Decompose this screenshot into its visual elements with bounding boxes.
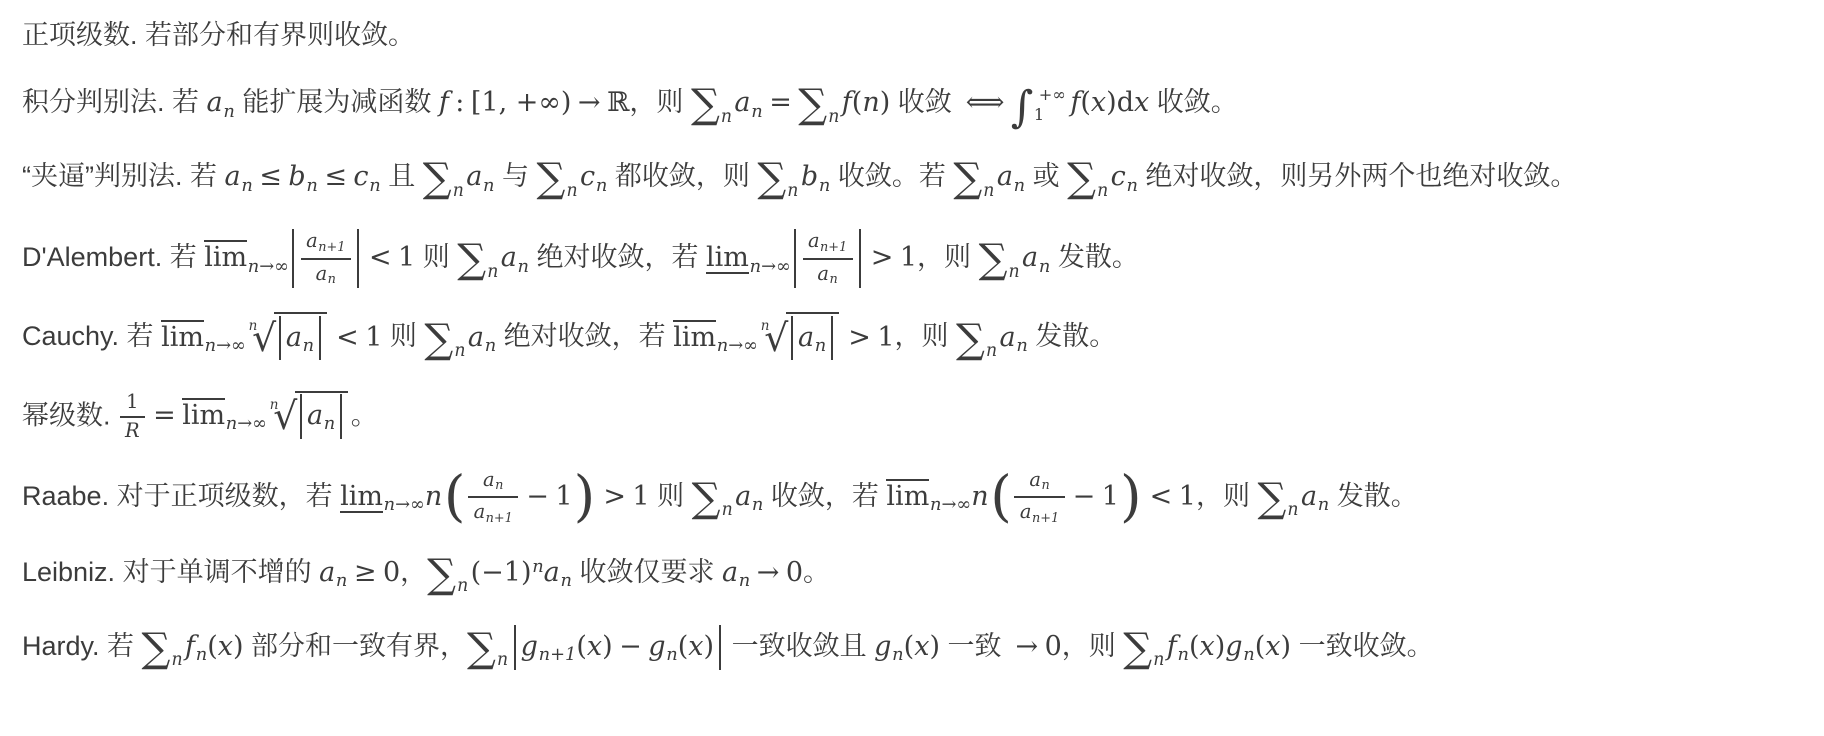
- text-run: Leibniz. 对于单调不增的: [22, 557, 319, 587]
- msub-part: n: [223, 101, 234, 122]
- summation-symbol: ∑n: [142, 631, 185, 662]
- text-run: 幂级数.: [22, 400, 118, 430]
- radicand: an: [295, 391, 348, 439]
- fraction-denominator: an: [301, 260, 351, 288]
- sumsub-part: n: [487, 262, 498, 282]
- right-paren: ): [574, 470, 596, 525]
- msum-part: ∑: [467, 623, 496, 671]
- msum-part: ∑: [691, 80, 720, 128]
- text-run: 发散。: [1329, 481, 1418, 511]
- fraction-denominator: an+1: [468, 498, 518, 526]
- math-expression: gn(x): [874, 631, 940, 662]
- msub-part: n: [829, 272, 837, 287]
- text-run: ，则: [917, 242, 979, 272]
- msub-part: n: [241, 175, 252, 196]
- math-operator: −: [526, 481, 549, 512]
- msum-part: ∑: [798, 80, 827, 128]
- summation-symbol: ∑n: [537, 161, 580, 192]
- math-roman: ): [880, 87, 891, 118]
- math-expression: an≥0: [319, 557, 400, 588]
- sumsub-part: n: [787, 181, 798, 201]
- text-run: 或: [1025, 161, 1067, 191]
- math-roman: 0: [383, 557, 400, 588]
- math-roman: ℝ: [607, 87, 629, 118]
- paragraph-leibniz-test: Leibniz. 对于单调不增的 an≥0，∑n(−1)nan 收敛仅要求 an…: [22, 551, 1800, 601]
- math-variable-subscripted: an: [468, 322, 496, 353]
- math-variable-subscripted: gn: [874, 631, 903, 662]
- mlim-part: lim: [182, 398, 225, 429]
- absolute-value: an: [279, 316, 321, 361]
- text-run: 收敛仅要求: [572, 557, 722, 587]
- math-operator: <: [336, 322, 359, 353]
- math-variable-subscripted: bn: [801, 161, 830, 192]
- summation-symbol: ∑n: [424, 322, 467, 353]
- msub-part: n: [751, 101, 762, 122]
- fraction: 1R: [120, 390, 146, 444]
- right-paren: ): [1120, 470, 1142, 525]
- paragraph-power-series: 幂级数. 1R=limn→∞n√an。: [22, 390, 1800, 444]
- msum-part: ∑: [757, 154, 786, 202]
- math-roman: 1: [900, 242, 917, 273]
- inner-part: gn+1(x)−gn(x): [521, 625, 714, 670]
- math-variable-subscripted: an: [316, 262, 336, 285]
- math-variable-subscripted: cn: [353, 161, 380, 192]
- msum-part: ∑: [953, 154, 982, 202]
- summation-symbol: ∑n: [1067, 161, 1110, 192]
- msub-part: n: [892, 644, 903, 665]
- math-variable: x: [1091, 87, 1106, 118]
- mi-part: a: [544, 557, 560, 588]
- summation-symbol: ∑n: [457, 242, 500, 273]
- math-roman: (: [904, 631, 915, 662]
- math-expression: ∑nbn: [757, 161, 830, 192]
- mi-part: a: [798, 322, 814, 353]
- text-run: 一致: [940, 631, 1009, 661]
- math-variable: x: [1265, 631, 1280, 662]
- absolute-value: gn+1(x)−gn(x): [514, 625, 721, 670]
- mlim-part: lim: [340, 483, 383, 513]
- math-roman: ): [233, 631, 244, 662]
- math-operator: →: [1015, 631, 1038, 662]
- mi-part: f: [1167, 631, 1177, 662]
- liminf-symbol: limn→∞: [340, 481, 425, 512]
- summation-symbol: ∑n: [467, 631, 510, 662]
- math-expression: ∑ncn: [537, 161, 608, 192]
- inner-part: an+1an: [299, 229, 352, 288]
- msub-part: n: [369, 175, 380, 196]
- limsup-symbol: limn→∞: [182, 400, 267, 431]
- mi-part: a: [997, 161, 1013, 192]
- text-run: ，: [400, 557, 427, 587]
- math-operator: ⟺: [966, 87, 1005, 118]
- mi-part: a: [483, 468, 495, 491]
- summation-symbol: ∑n: [1257, 481, 1300, 512]
- math-expression: f:[1, +∞)→ℝ: [439, 87, 630, 118]
- msub-part: n+1: [318, 240, 345, 255]
- msub-part: n: [1177, 644, 1188, 665]
- msub-part: n: [752, 494, 763, 515]
- mi-part: a: [319, 557, 335, 588]
- math-variable-subscripted: an: [734, 87, 762, 118]
- math-variable-subscripted: fn: [185, 631, 207, 662]
- mi-part: a: [817, 262, 829, 285]
- fraction: an+1an: [301, 229, 351, 288]
- msub-part: n: [596, 175, 607, 196]
- text-run: Cauchy. 若: [22, 322, 161, 352]
- math-expression: limn→∞n√an>1: [673, 322, 894, 353]
- mi-part: a: [466, 161, 482, 192]
- math-variable-subscripted: fn: [1167, 631, 1189, 662]
- math-variable-subscripted: an: [817, 262, 837, 285]
- text-run: 发散。: [1028, 322, 1117, 352]
- math-variable: f: [842, 87, 852, 118]
- math-variable: f: [1070, 87, 1080, 118]
- root-index: n: [249, 318, 258, 334]
- math-operator: >: [871, 242, 894, 273]
- msub-part: n→∞: [248, 256, 289, 277]
- math-variable-subscripted: an: [207, 87, 235, 118]
- sumsub-part: n: [171, 650, 182, 670]
- absolute-value: an+1an: [794, 229, 861, 288]
- root-index: n: [270, 397, 279, 413]
- inner-part: an: [286, 316, 314, 361]
- text-run: 。: [803, 557, 830, 587]
- math-expression: ∑ncn: [1067, 161, 1138, 192]
- math-roman: (: [678, 631, 689, 662]
- msum-part: ∑: [423, 154, 452, 202]
- mi-part: g: [1225, 631, 1242, 662]
- mlim-part: lim: [204, 240, 247, 271]
- mi-part: a: [286, 322, 302, 353]
- summation-symbol: ∑n: [953, 161, 996, 192]
- math-expression: ∑n(−1)nan: [427, 557, 572, 588]
- math-roman: 1: [1102, 481, 1119, 512]
- text-run: ，则: [1196, 481, 1258, 511]
- msub-part: n: [196, 644, 207, 665]
- inner-part: an: [307, 394, 335, 439]
- sumsub-part: n: [1097, 181, 1108, 201]
- msup-part: n: [532, 556, 543, 577]
- math-expression: ∑nfn(x)gn(x): [1123, 631, 1291, 662]
- math-expression: an≤bn≤cn: [225, 161, 381, 192]
- summation-symbol: ∑n: [692, 481, 735, 512]
- msub-part: n: [815, 335, 826, 356]
- math-expression: limn→∞n√an<1: [161, 322, 382, 353]
- math-variable-subscripted: an: [722, 557, 750, 588]
- msum-part: ∑: [1257, 473, 1286, 521]
- mlim-part: lim: [161, 320, 204, 351]
- fraction-denominator: R: [120, 418, 146, 444]
- math-roman: 0: [1045, 631, 1062, 662]
- msum-part: ∑: [956, 314, 985, 362]
- mi-part: b: [801, 161, 818, 192]
- math-variable: x: [587, 631, 602, 662]
- math-operator: →: [757, 557, 780, 588]
- sumsub-part: n: [1153, 650, 1164, 670]
- mi-part: a: [1000, 322, 1016, 353]
- math-roman: [1, +∞): [471, 87, 572, 118]
- mi-part: a: [501, 242, 517, 273]
- fraction-numerator: an+1: [803, 229, 853, 260]
- math-operator: ≥: [354, 557, 377, 588]
- msub-part: n: [306, 175, 317, 196]
- inner-part: anan+1−1: [1013, 468, 1119, 527]
- math-roman: d: [1117, 87, 1134, 118]
- notes-document: 正项级数. 若部分和有界则收敛。积分判别法. 若 an 能扩展为减函数 f:[1…: [0, 0, 1824, 675]
- mlim-part: lim: [706, 244, 749, 274]
- fraction-numerator: an: [1014, 468, 1064, 499]
- mlim-part: lim: [886, 479, 929, 510]
- math-roman: ): [602, 631, 613, 662]
- mi-part: g: [874, 631, 891, 662]
- msub-part: n+1: [820, 240, 847, 255]
- text-run: D'Alembert. 若: [22, 242, 204, 272]
- parenthesized-group: (anan+1−1): [444, 468, 595, 527]
- nth-root: n√an: [761, 312, 839, 360]
- math-notes-page: { "page": { "background": "#ffffff", "te…: [0, 0, 1824, 736]
- math-variable-subscripted: an+1: [808, 229, 847, 252]
- limsup-symbol: limn→∞: [204, 242, 289, 273]
- math-variable-subscripted: gn: [1225, 631, 1254, 662]
- msub-part: n→∞: [930, 494, 971, 515]
- math-variable: f: [439, 87, 449, 118]
- nth-root: n√an: [270, 391, 348, 439]
- math-expression: limn→∞n(anan+1−1)>1: [340, 481, 650, 512]
- math-variable-subscripted: an: [466, 161, 494, 192]
- math-variable-subscripted: bn: [288, 161, 317, 192]
- text-run: 部分和一致有界，: [244, 631, 468, 661]
- math-roman: 1: [877, 322, 894, 353]
- math-expression: ∑ngn+1(x)−gn(x): [467, 631, 724, 662]
- text-run: 绝对收敛，则另外两个也绝对收敛。: [1138, 161, 1578, 191]
- math-roman: ): [704, 631, 715, 662]
- math-roman: ): [929, 631, 940, 662]
- math-roman: 1: [555, 481, 572, 512]
- fraction-denominator: an+1: [1014, 498, 1064, 526]
- msub-part: n→∞: [717, 335, 758, 356]
- limsup-symbol: limn→∞: [673, 322, 758, 353]
- math-variable-subscripted: cn: [1111, 161, 1138, 192]
- text-run: 绝对收敛，若: [496, 322, 673, 352]
- isub-part: 1: [1034, 105, 1066, 125]
- mi-part: a: [734, 87, 750, 118]
- text-run: 收敛。: [1149, 87, 1238, 117]
- fraction-denominator: an: [803, 260, 853, 288]
- math-variable-subscripted: cn: [580, 161, 607, 192]
- msub-part: n: [1318, 494, 1329, 515]
- paragraph-dalembert-test: D'Alembert. 若 limn→∞an+1an<1 则 ∑nan 绝对收敛…: [22, 229, 1800, 288]
- math-expression: →0: [1009, 631, 1062, 662]
- summation-symbol: ∑n: [979, 242, 1022, 273]
- math-expression: ∑nan=∑nf(n): [691, 87, 890, 118]
- math-operator: :: [455, 87, 464, 118]
- math-roman: ): [1215, 631, 1226, 662]
- mi-part: a: [1029, 468, 1041, 491]
- absolute-value: an: [791, 316, 833, 361]
- math-roman: 1: [365, 322, 382, 353]
- mi-part: g: [648, 631, 665, 662]
- math-roman: (: [207, 631, 218, 662]
- math-roman: 1: [1179, 481, 1196, 512]
- math-operator: >: [848, 322, 871, 353]
- summation-symbol: ∑n: [427, 557, 470, 588]
- math-roman: ): [1106, 87, 1117, 118]
- paragraph-hardy-test: Hardy. 若 ∑nfn(x) 部分和一致有界，∑ngn+1(x)−gn(x)…: [22, 625, 1800, 675]
- mi-part: a: [722, 557, 738, 588]
- math-variable: n: [971, 481, 988, 512]
- sumsub-part: n: [454, 341, 465, 361]
- math-variable-subscripted: an: [501, 242, 529, 273]
- limsup-symbol: limn→∞: [886, 481, 971, 512]
- paragraph-raabe-test: Raabe. 对于正项级数，若 limn→∞n(anan+1−1)>1 则 ∑n…: [22, 468, 1800, 527]
- msub-part: n: [1039, 256, 1050, 277]
- summation-symbol: ∑n: [757, 161, 800, 192]
- msub-part: n: [485, 335, 496, 356]
- limsup-symbol: limn→∞: [161, 322, 246, 353]
- text-run: 发散。: [1050, 242, 1139, 272]
- radicand: an: [786, 312, 839, 360]
- math-variable-subscripted: gn+1: [521, 631, 577, 662]
- math-operator: >: [603, 481, 626, 512]
- msub-part: n: [1014, 175, 1025, 196]
- radicand: an: [274, 312, 327, 360]
- math-operator: →: [578, 87, 601, 118]
- fraction-numerator: an: [468, 468, 518, 499]
- math-expression: 1R=limn→∞n√an: [118, 400, 351, 431]
- mi-part: c: [353, 161, 368, 192]
- math-expression: ∑nan: [692, 481, 764, 512]
- math-roman: 1: [126, 390, 138, 413]
- text-run: 正项级数. 若部分和有界则收敛。: [22, 20, 415, 50]
- math-variable-subscripted: an: [735, 481, 763, 512]
- msum-part: ∑: [142, 623, 171, 671]
- math-expression: limn→∞n(anan+1−1)<1: [886, 481, 1196, 512]
- msub-part: n→∞: [750, 256, 791, 277]
- left-paren: (: [990, 470, 1012, 525]
- math-expression: ∑nan: [956, 322, 1028, 353]
- mi-part: g: [521, 631, 538, 662]
- mi-part: a: [1020, 500, 1032, 523]
- mi-part: a: [207, 87, 223, 118]
- msub-part: n: [518, 256, 529, 277]
- text-run: 绝对收敛，若: [529, 242, 706, 272]
- parenthesized-group: (anan+1−1): [990, 468, 1141, 527]
- fraction: anan+1: [1014, 468, 1064, 527]
- math-variable-subscripted: an: [798, 322, 826, 353]
- sumsub-part: n: [721, 107, 732, 127]
- absolute-value: an: [300, 394, 342, 439]
- msum-part: ∑: [1067, 154, 1096, 202]
- math-expression: ∑nan: [423, 161, 495, 192]
- text-run: 能扩展为减函数: [235, 87, 439, 117]
- mi-part: c: [1111, 161, 1126, 192]
- math-expression: an→0: [722, 557, 803, 588]
- sumsub-part: n: [1287, 500, 1298, 520]
- fraction: anan+1: [468, 468, 518, 527]
- inner-part: an: [798, 316, 826, 361]
- math-roman: 1: [398, 242, 415, 273]
- math-roman: (: [852, 87, 863, 118]
- math-variable: x: [1199, 631, 1214, 662]
- math-variable: n: [425, 481, 442, 512]
- math-variable-subscripted: an: [1301, 481, 1329, 512]
- left-paren: (: [444, 470, 466, 525]
- math-variable-subscripted: an+1: [306, 229, 345, 252]
- math-roman: ): [1281, 631, 1292, 662]
- msub-part: n: [1243, 644, 1254, 665]
- integral-limits: +∞1: [1034, 85, 1066, 126]
- fraction-numerator: an+1: [301, 229, 351, 260]
- text-run: 则: [415, 242, 457, 272]
- math-roman: (: [576, 631, 587, 662]
- math-expression: ∑nan: [424, 322, 496, 353]
- math-variable: x: [688, 631, 703, 662]
- math-operator: <: [369, 242, 392, 273]
- math-variable: x: [218, 631, 233, 662]
- msub-part: n: [560, 570, 571, 591]
- text-run: Hardy. 若: [22, 631, 142, 661]
- text-run: 收敛。若: [830, 161, 953, 191]
- math-expression: ∑nan: [953, 161, 1025, 192]
- math-variable: x: [1134, 87, 1149, 118]
- math-operator: −: [1073, 481, 1096, 512]
- sumsub-part: n: [457, 576, 468, 596]
- summation-symbol: ∑n: [956, 322, 999, 353]
- integral-symbol: ∫+∞1: [1011, 87, 1070, 118]
- math-variable-subscripted: an: [286, 322, 314, 353]
- paragraph-integral-test: 积分判别法. 若 an 能扩展为减函数 f:[1, +∞)→ℝ，则 ∑nan=∑…: [22, 81, 1800, 131]
- sumsub-part: n: [983, 181, 994, 201]
- text-run: 则: [650, 481, 692, 511]
- mi-part: b: [288, 161, 305, 192]
- summation-symbol: ∑n: [1123, 631, 1166, 662]
- text-run: 。: [351, 400, 378, 430]
- msub-part: n: [1126, 175, 1137, 196]
- math-expression: ⟺∫+∞1f(x)dx: [959, 87, 1149, 118]
- fraction: an+1an: [803, 229, 853, 288]
- msum-part: ∑: [692, 473, 721, 521]
- summation-symbol: ∑n: [691, 87, 734, 118]
- math-roman: (: [1255, 631, 1266, 662]
- math-power: (−1)n: [471, 557, 544, 588]
- msub-part: n→∞: [226, 413, 267, 434]
- text-run: 一致收敛。: [1291, 631, 1434, 661]
- math-roman: 0: [786, 557, 803, 588]
- math-variable-subscripted: an: [1022, 242, 1050, 273]
- math-expression: ∑nan: [457, 242, 529, 273]
- math-variable-subscripted: an+1: [1020, 500, 1059, 523]
- msub-part: n: [324, 413, 335, 434]
- summation-symbol: ∑n: [798, 87, 841, 118]
- sumsub-part: n: [1009, 262, 1020, 282]
- mi-part: f: [185, 631, 195, 662]
- paragraph-cauchy-test: Cauchy. 若 limn→∞n√an<1 则 ∑nan 绝对收敛，若 lim…: [22, 312, 1800, 365]
- text-run: ，则: [629, 87, 691, 117]
- mi-part: a: [307, 400, 323, 431]
- mi-part: c: [580, 161, 595, 192]
- inner-part: anan+1−1: [467, 468, 573, 527]
- math-variable-subscripted: an: [307, 400, 335, 431]
- mi-part: a: [316, 262, 328, 285]
- msub-part: n+1: [1032, 511, 1059, 526]
- text-run: 积分判别法. 若: [22, 87, 207, 117]
- mi-part: a: [468, 322, 484, 353]
- math-roman: (: [1080, 87, 1091, 118]
- msub-part: n: [495, 478, 503, 493]
- msub-part: n: [819, 175, 830, 196]
- text-run: “夹逼”判别法. 若: [22, 161, 225, 191]
- mi-part: a: [225, 161, 241, 192]
